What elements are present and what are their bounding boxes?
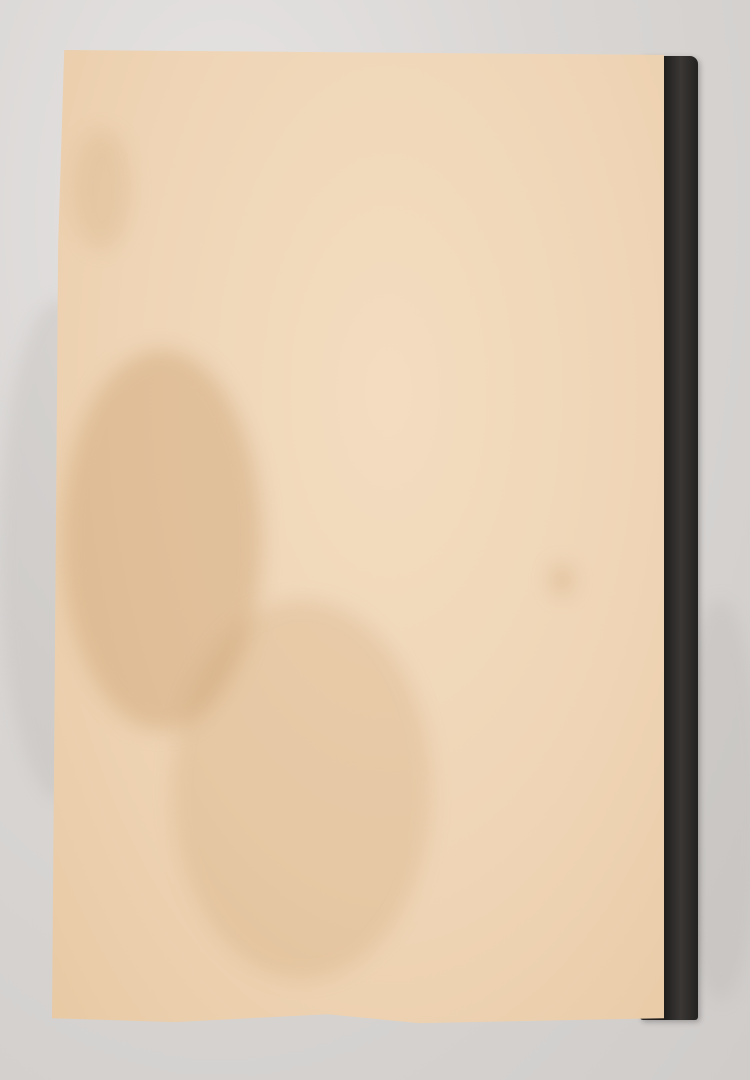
aged-paper-page: [52, 50, 664, 1028]
foxing-stain: [72, 130, 132, 250]
foxing-stain: [172, 600, 432, 980]
foxing-spot: [552, 565, 572, 595]
